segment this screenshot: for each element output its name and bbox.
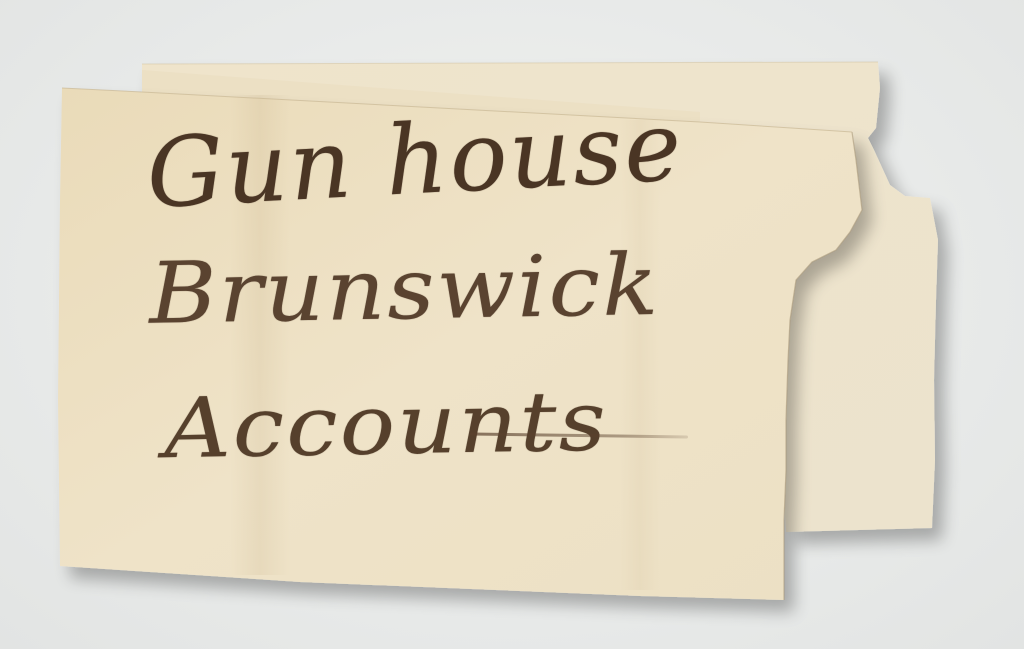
handwriting-line-2: Brunswick bbox=[148, 236, 660, 343]
handwriting-line-3: Accounts bbox=[163, 373, 608, 477]
photo-stage: Gun house Brunswick Accounts bbox=[0, 0, 1024, 649]
